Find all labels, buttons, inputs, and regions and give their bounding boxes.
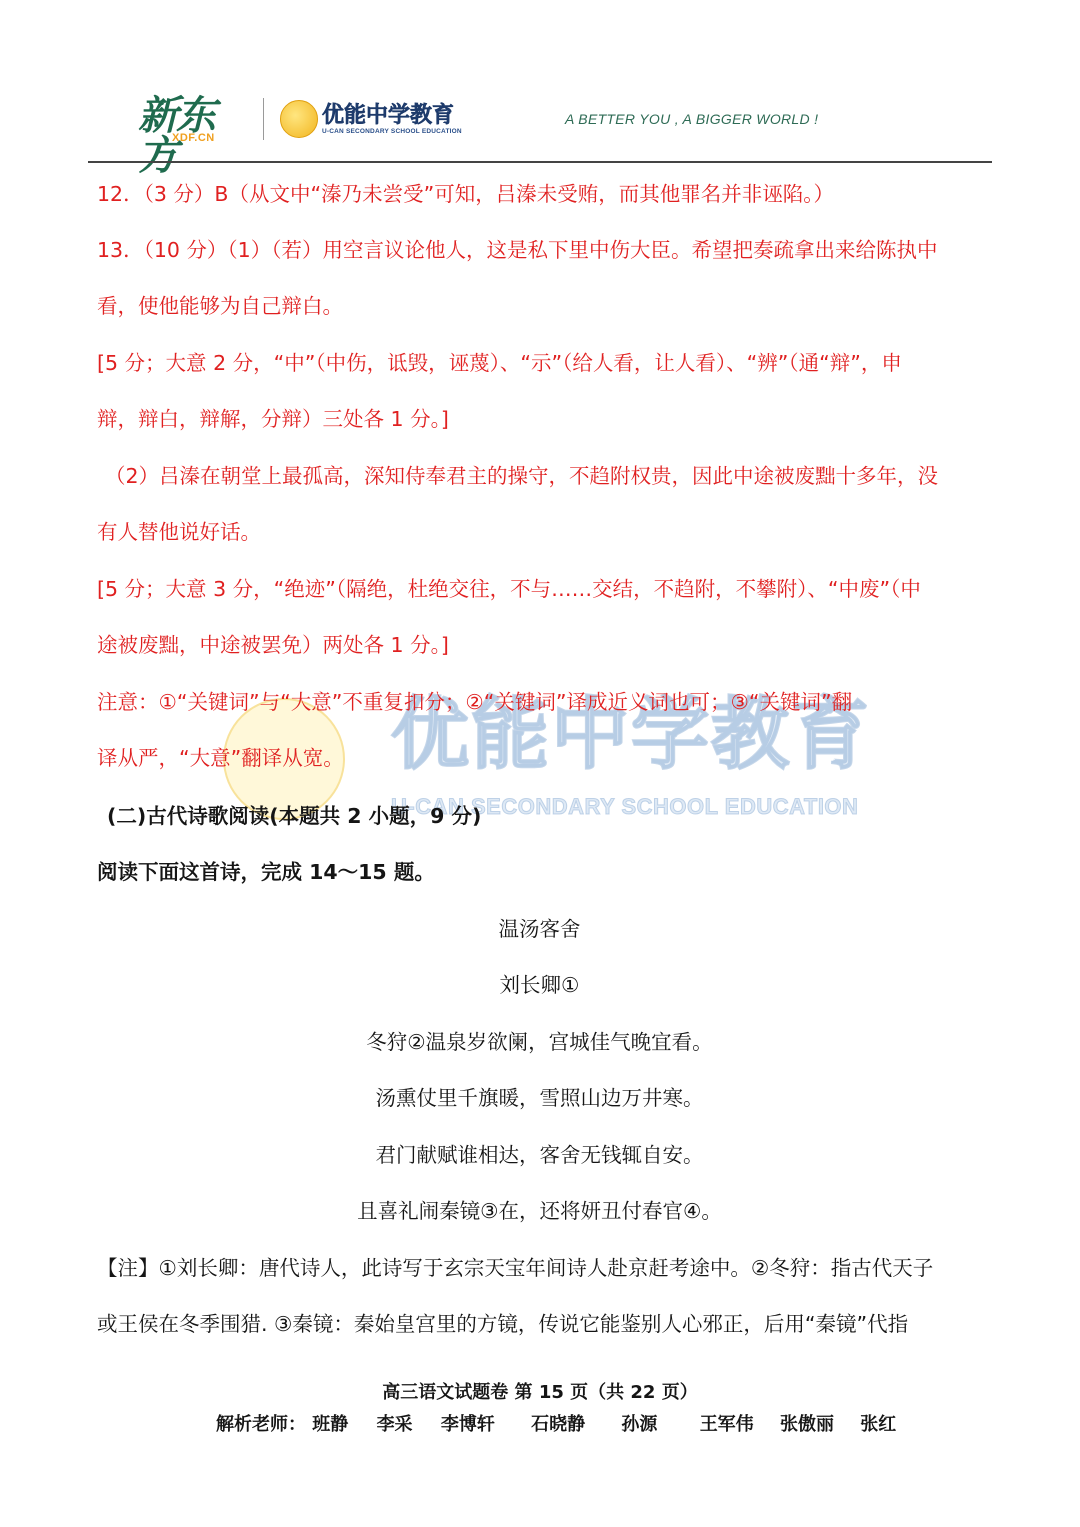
ucan-badge-icon xyxy=(280,100,318,138)
section-instruction: 阅读下面这首诗，完成 14～15 题。 xyxy=(97,858,435,886)
teacher-name: 李博轩 xyxy=(441,1410,495,1436)
teacher-name: 张红 xyxy=(860,1410,896,1436)
xdf-logo: 新东方 XDF.CN xyxy=(138,96,248,146)
teachers-credit: 解析老师： 班静 李采 李博轩 石晓静 孙源 王军伟 张傲丽 张红 xyxy=(216,1410,896,1436)
teacher-name: 王军伟 xyxy=(700,1410,754,1436)
header-slogan: A BETTER YOU , A BIGGER WORLD ! xyxy=(565,111,818,127)
ucan-logo-title: 优能中学教育 xyxy=(322,98,454,129)
scoring-q13-2-line1: [5 分；大意 3 分，“绝迹”（隔绝，杜绝交往，不与……交结，不趋附，不攀附）… xyxy=(97,575,921,603)
poem-line: 君门献赋谁相达，客舍无钱辄自安。 xyxy=(97,1141,982,1169)
teacher-name: 李采 xyxy=(377,1410,413,1436)
notes-line2: 或王侯在冬季围猎. ③秦镜：秦始皇宫里的方镜，传说它能鉴别人心邪正，后用“秦镜”… xyxy=(97,1310,908,1338)
note-line1: 注意：①“关键词”与“大意”不重复扣分；②“关键词”译成近义词也可；③“关键词”… xyxy=(97,688,852,716)
xdf-logo-url: XDF.CN xyxy=(172,132,215,144)
header-rule xyxy=(88,161,992,163)
poem-line: 冬狩②温泉岁欲阑，宫城佳气晚宜看。 xyxy=(97,1028,982,1056)
teacher-name: 班静 xyxy=(312,1410,348,1436)
poem-title: 温汤客舍 xyxy=(97,915,982,943)
answer-q13-2-line1: （2）吕溱在朝堂上最孤高，深知侍奉君主的操守，不趋附权贵，因此中途被废黜十多年，… xyxy=(105,462,938,490)
teacher-name: 孙源 xyxy=(621,1410,657,1436)
poem-author: 刘长卿① xyxy=(97,971,982,999)
teacher-name: 张傲丽 xyxy=(780,1410,834,1436)
scoring-q13-1-line2: 辩，辩白，辩解，分辩）三处各 1 分。] xyxy=(97,405,449,433)
page-header: 新东方 XDF.CN 优能中学教育 U-CAN SECONDARY SCHOOL… xyxy=(88,86,992,162)
header-divider xyxy=(263,98,264,140)
notes-line1: 【注】①刘长卿：唐代诗人，此诗写于玄宗天宝年间诗人赴京赶考途中。②冬狩：指古代天… xyxy=(97,1254,933,1282)
ucan-logo: 优能中学教育 U-CAN SECONDARY SCHOOL EDUCATION xyxy=(280,96,470,142)
scoring-q13-1-line1: [5 分；大意 2 分，“中”（中伤，诋毁，诬蔑）、“示”（给人看，让人看）、“… xyxy=(97,349,902,377)
note-line2: 译从严，“大意”翻译从宽。 xyxy=(97,744,344,772)
ucan-logo-subtitle: U-CAN SECONDARY SCHOOL EDUCATION xyxy=(322,128,462,135)
teachers-label: 解析老师： xyxy=(216,1410,306,1436)
answer-q13-line2: 看，使他能够为自己辩白。 xyxy=(97,292,343,320)
answer-q13-2-line2: 有人替他说好话。 xyxy=(97,518,261,546)
poem-line: 且喜礼闹秦镜③在，还将妍丑付春官④。 xyxy=(97,1197,982,1225)
answer-q13-line1: 13．（10 分）（1）（若）用空言议论他人，这是私下里中伤大臣。希望把奏疏拿出… xyxy=(97,236,937,264)
answer-q12: 12．（3 分）B（从文中“溱乃未尝受”可知，吕溱未受贿，而其他罪名并非诬陷。） xyxy=(97,180,834,208)
poem-line: 汤熏仗里千旗暖，雪照山边万井寒。 xyxy=(97,1084,982,1112)
page-info: 高三语文试题卷 第 15 页（共 22 页） xyxy=(0,1378,1080,1404)
section-heading: (二)古代诗歌阅读(本题共 2 小题，9 分) xyxy=(107,802,481,830)
teacher-name: 石晓静 xyxy=(531,1410,585,1436)
scoring-q13-2-line2: 途被废黜，中途被罢免）两处各 1 分。] xyxy=(97,631,449,659)
